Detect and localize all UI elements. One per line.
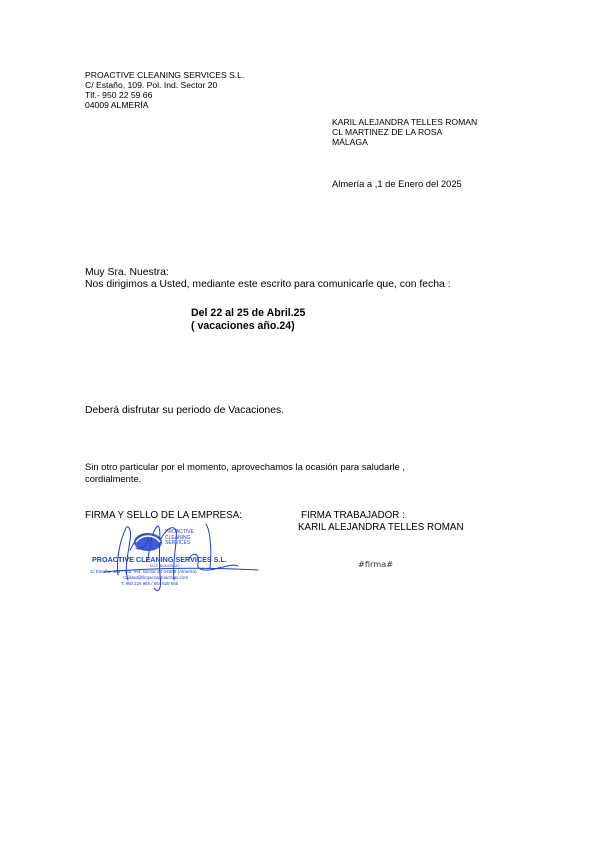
vacation-period: Del 22 al 25 de Abril.25 ( vacaciones añ… — [191, 307, 305, 333]
closing-line-1: Sin otro particular por el momento, apro… — [85, 461, 405, 473]
sender-phone: Tlf.- 950 22 59 66 — [85, 90, 244, 100]
recipient-name: KARIL ALEJANDRA TELLES ROMAN — [332, 117, 477, 127]
stamp-logo-text: PROACTIVE CLEANING SERVICES — [165, 530, 194, 547]
company-stamp: PROACTIVE CLEANING SERVICES PROACTIVE CL… — [88, 520, 268, 595]
worker-signature-placeholder: #firma# — [358, 559, 393, 569]
stamp-logo-icon — [134, 533, 162, 551]
letter-intro: Muy Sra. Nuestra: Nos dirigimos a Usted,… — [85, 267, 451, 291]
greeting: Muy Sra. Nuestra: — [85, 267, 451, 279]
stamp-nif: N.I.F. B04499120 — [150, 564, 179, 568]
date-line: Almería a ,1 de Enero del 2025 — [332, 179, 462, 189]
worker-name: KARIL ALEJANDRA TELLES ROMAN — [298, 522, 464, 534]
worker-signature-label: FIRMA TRABAJADOR : — [298, 510, 464, 522]
stamp-email: Calidad@limpiezaproactivas.com — [123, 575, 188, 580]
statement: Deberá disfrutar su periodo de Vacacione… — [85, 405, 284, 417]
worker-signature-block: FIRMA TRABAJADOR : KARIL ALEJANDRA TELLE… — [298, 510, 464, 533]
stamp-address: C/ Estaño, 109 - Pol. Ind. Sector 20 040… — [90, 569, 196, 574]
recipient-block: KARIL ALEJANDRA TELLES ROMAN CL MARTINEZ… — [332, 117, 477, 147]
intro-text: Nos dirigimos a Usted, mediante este esc… — [85, 279, 451, 291]
period-dates: Del 22 al 25 de Abril.25 — [191, 307, 305, 320]
closing-line-2: cordialmente. — [85, 473, 405, 485]
sender-company: PROACTIVE CLEANING SERVICES S.L. — [85, 70, 244, 80]
recipient-address: CL MARTINEZ DE LA ROSA — [332, 127, 477, 137]
stamp-company: PROACTIVE CLEANING SERVICES S.L. — [92, 555, 227, 564]
recipient-city: MÁLAGA — [332, 137, 477, 147]
sender-city: 04009 ALMERÍA — [85, 100, 244, 110]
stamp-phone: T. 950 225 966 / 664 628 566 — [121, 581, 178, 586]
sender-address: C/ Estaño, 109. Pol. Ind. Sector 20 — [85, 80, 244, 90]
period-note: ( vacaciones año.24) — [191, 320, 305, 333]
sender-block: PROACTIVE CLEANING SERVICES S.L. C/ Esta… — [85, 70, 244, 110]
closing: Sin otro particular por el momento, apro… — [85, 461, 405, 484]
